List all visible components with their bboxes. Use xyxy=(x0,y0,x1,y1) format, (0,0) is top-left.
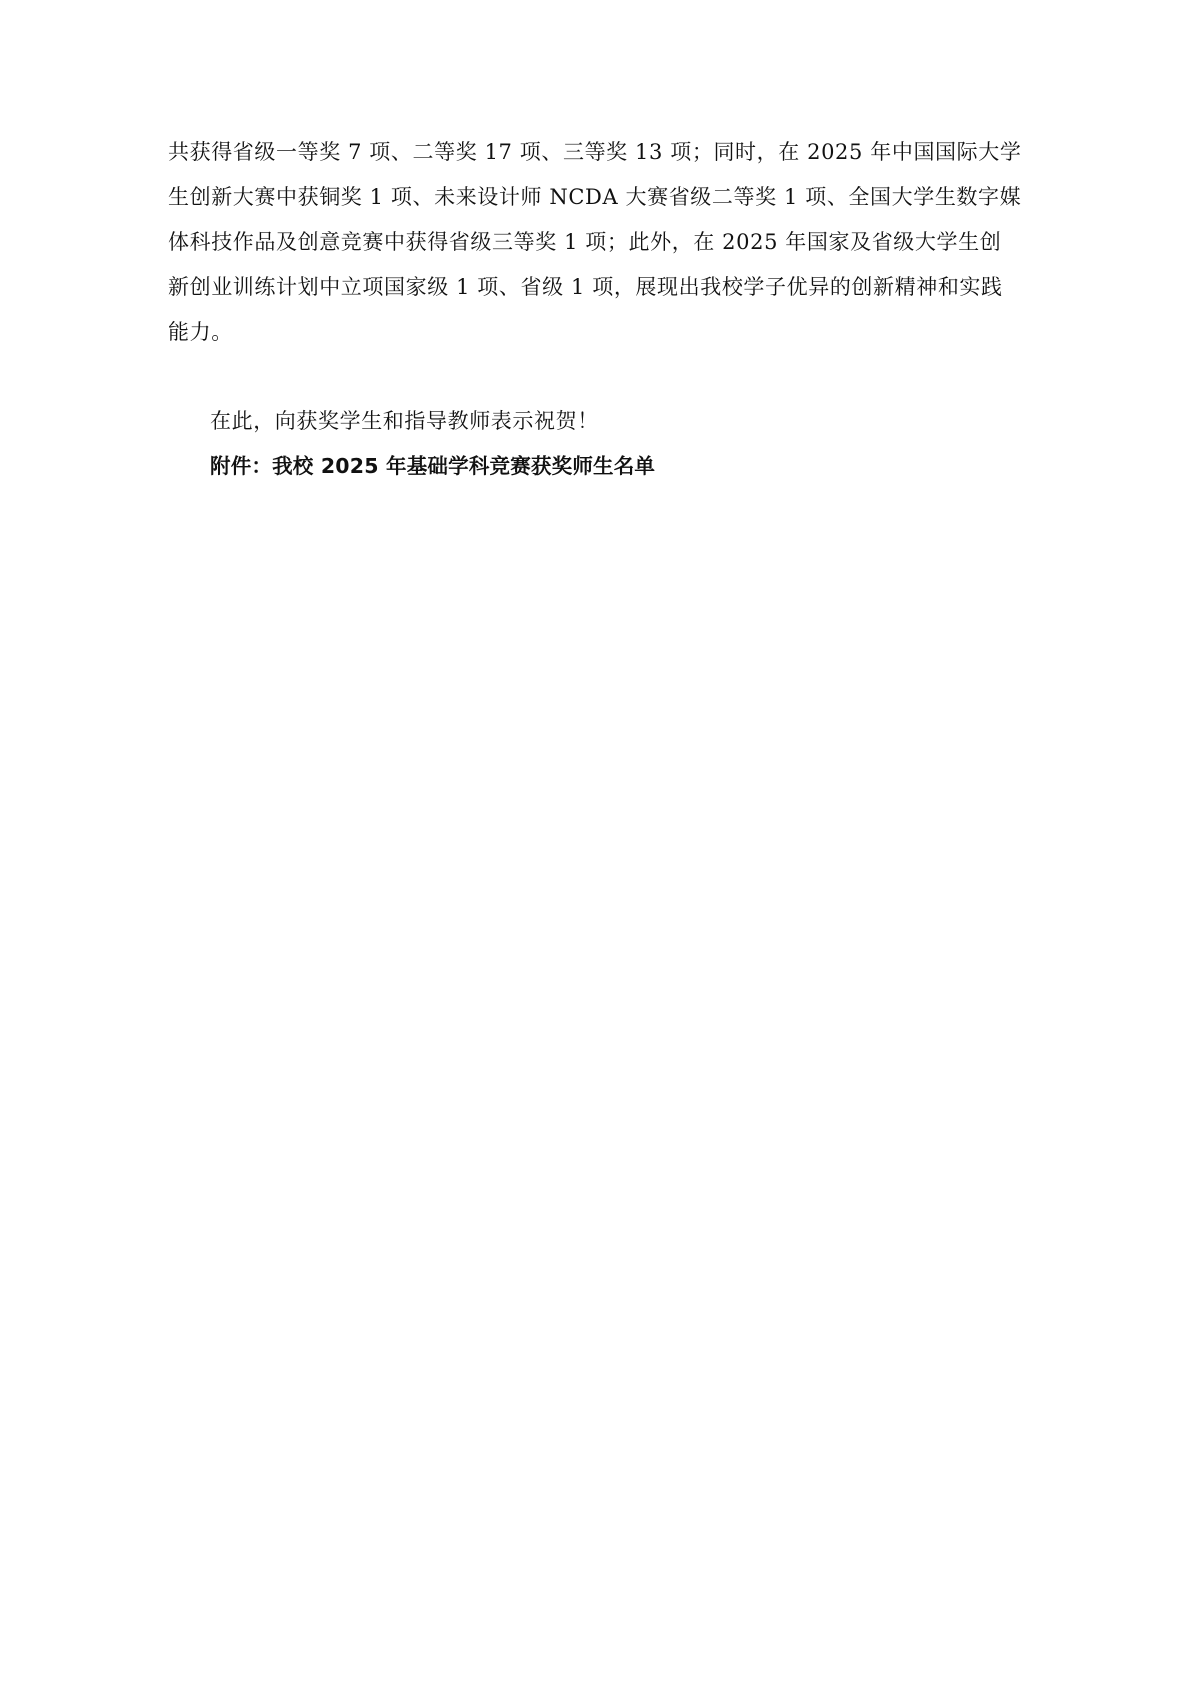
paragraph-line: 新创业训练计划中立项国家级 1 项、省级 1 项，展现出我校学子优异的创新精神和… xyxy=(168,273,1003,301)
paragraph-line: 生创新大赛中获铜奖 1 项、未来设计师 NCDA 大赛省级二等奖 1 项、全国大… xyxy=(168,183,1021,211)
paragraph-line: 体科技作品及创意竞赛中获得省级三等奖 1 项；此外，在 2025 年国家及省级大… xyxy=(168,228,1001,256)
paragraph-line: 共获得省级一等奖 7 项、二等奖 17 项、三等奖 13 项；同时，在 2025… xyxy=(168,138,1021,166)
congratulations-text: 在此，向获奖学生和指导教师表示祝贺！ xyxy=(210,407,599,435)
paragraph-line: 能力。 xyxy=(168,318,233,346)
attachment-title: 附件：我校 2025 年基础学科竞赛获奖师生名单 xyxy=(210,452,655,480)
